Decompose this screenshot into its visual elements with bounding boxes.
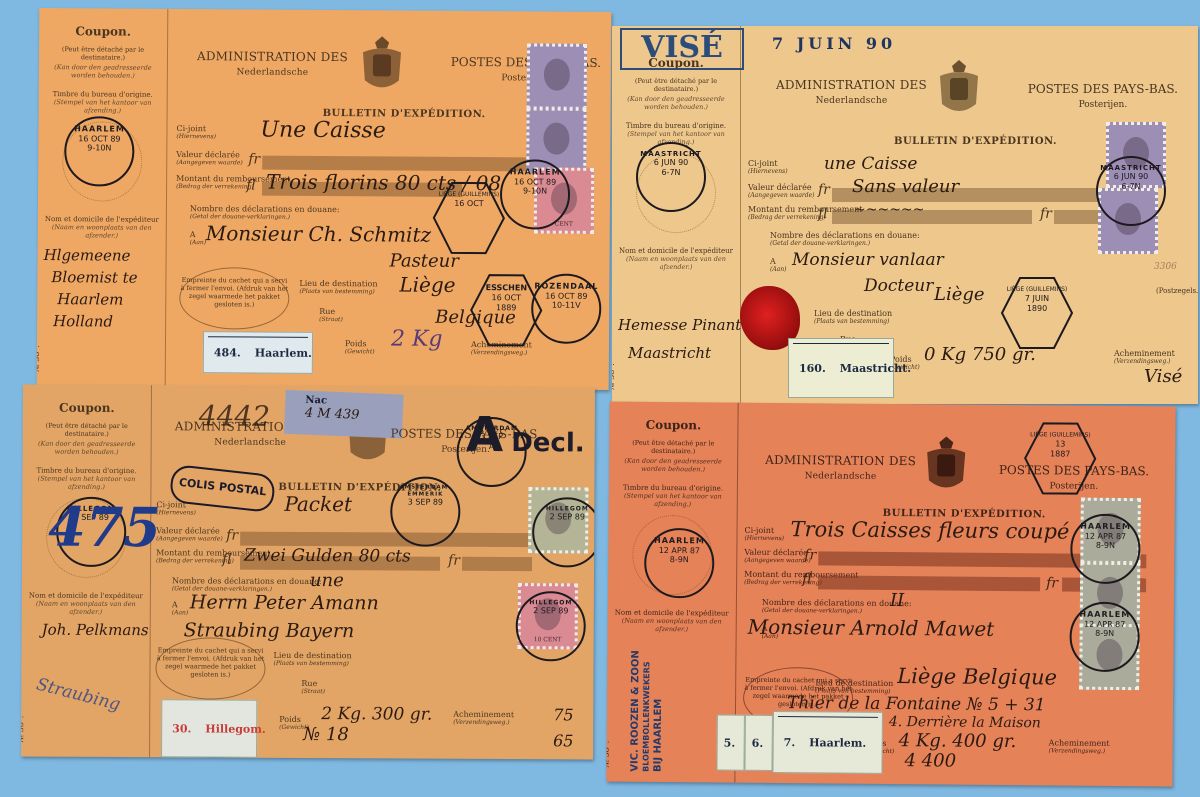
sender-line-1: Hlgemeene — [44, 246, 131, 265]
parcel-form-maastricht-160: Coupon. (Peut être détaché par le destin… — [612, 26, 1198, 404]
blue-number: 475 — [48, 495, 161, 560]
coupon-note-nl: (Kan door den geadresseerde worden behou… — [615, 457, 731, 474]
currency-fr: fr — [248, 151, 260, 167]
coupon-note: (Peut être détaché par le destinataire.) — [29, 422, 145, 439]
remboursement-value: ~~~~~~ — [854, 202, 924, 218]
sender-line-1: Joh. Pelkmans — [42, 621, 149, 640]
remboursement-value: Zwei Gulden 80 cts — [244, 546, 411, 567]
seal-area: Empreinte du cachet qui a servi à fermer… — [155, 637, 265, 700]
sender-line-2: Maastricht — [628, 344, 711, 362]
destination: Liège — [399, 273, 455, 297]
addressee: Monsieur Ch. Schmitz — [206, 221, 431, 247]
ci-joint-value: Trois Caisses fleurs coupé — [790, 517, 1069, 543]
postmark-haarlem: HAARLEM 16 OCT 89 9-10N — [64, 116, 134, 186]
form-number: № 38*. — [21, 716, 25, 743]
postmark-hillegom: HILLEGOM2 SEP 89 — [532, 497, 595, 567]
origin-stamp-label-nl: (Stempel van het kantoor van afzending.) — [45, 98, 161, 115]
parcel-label: 30.Hillegom. — [161, 699, 257, 758]
lieu-label: Lieu de destination(Plaats van bestemmin… — [814, 310, 892, 325]
sender-label-nl: (Naam en woonplaats van den afzender.) — [28, 600, 144, 617]
addressee: Herrn Peter Amann — [190, 591, 379, 614]
origin-stamp-label-nl: (Stempel van het kantoor van afzending.) — [28, 475, 144, 492]
coupon-title: Coupon. — [609, 418, 737, 434]
postmark-liege: LIÈGE (GUILLEMINS)7 JUIN1890 — [1000, 276, 1074, 350]
montant-bar-fr — [462, 557, 532, 571]
reference-number: № 18 — [303, 724, 349, 745]
valeur-label: Valeur déclarée(Aangegeven waarde) — [744, 549, 811, 565]
valeur-label: Valeur déclarée(Aangegeven waarde) — [176, 151, 243, 167]
postmark-hillegom: HILLEGOM2 SEP 89 — [516, 591, 586, 661]
postage-label: (Postzegels.) — [1156, 288, 1198, 296]
origin-stamp-label-nl: (Stempel van het kantoor van afzending.) — [615, 492, 731, 509]
valeur-label: Valeur déclarée(Aangegeven waarde) — [156, 527, 223, 543]
acheminement-label: Acheminement(Verzendingsweg.) — [1049, 739, 1110, 755]
weight-note: 2 Kg — [391, 326, 443, 351]
sender-label-nl: (Naam en woonplaats van den afzender.) — [614, 617, 730, 634]
ci-joint-label: Ci-joint(Hiernevens) — [748, 160, 788, 175]
header-left: ADMINISTRATION DESNederlandsche — [765, 453, 916, 482]
sender-line-4: Holland — [53, 312, 113, 330]
postmark-esschen: ESSCHEN16 OCT1889 — [469, 273, 544, 348]
rue-label: Rue(Straat) — [301, 680, 325, 696]
nombre-label: Nombre des déclarations en douane:(Getal… — [190, 205, 340, 221]
postmark-haarlem: HAARLEM12 APR 878-9N — [1070, 514, 1141, 585]
acheminement-label: Acheminement(Verzendingsweg.) — [453, 711, 514, 727]
coupon-note-nl: (Kan door den geadresseerde worden behou… — [29, 440, 145, 457]
postmark-haarlem: HAARLEM16 OCT 899-10N — [500, 159, 570, 229]
destination: Liège Belgique — [897, 664, 1057, 689]
parcel-label-7: 7.Haarlem. — [772, 711, 883, 774]
vise-stamp: VISÉ — [620, 28, 744, 70]
currency-fl: fl — [246, 177, 255, 193]
postmark-haarlem: HAARLEM12 APR 878-9N — [644, 528, 715, 599]
rue-label: Rue(Straat) — [319, 308, 343, 324]
addressee-line2: Docteur — [864, 276, 933, 296]
sender-label-nl: (Naam en woonplaats van den afzender.) — [618, 255, 734, 271]
header-left: ADMINISTRATION DESNederlandsche — [776, 78, 927, 106]
weight: 4 Kg. 400 gr. — [899, 730, 1017, 752]
lieu-label: Lieu de destination(Plaats van bestemmin… — [299, 280, 377, 296]
coupon-note-nl: (Kan door den geadresseerde worden behou… — [45, 63, 161, 80]
acheminement-label: Acheminement(Verzendingsweg.) — [1114, 350, 1175, 365]
royal-crest-icon — [934, 60, 984, 118]
parcel-form-haarlem-5-6-7: Coupon. (Peut être détaché par le destin… — [606, 402, 1175, 787]
ci-joint-value: Packet — [284, 492, 352, 516]
header-left: ADMINISTRATION DES Nederlandsche — [197, 49, 348, 78]
lieu-label: Lieu de destination(Plaats van bestemmin… — [274, 652, 352, 668]
seal-area: Empreinte du cachet qui a servi à fermer… — [179, 267, 289, 330]
coupon-title: Coupon. — [39, 24, 167, 40]
sender-label-nl: (Naam en woonplaats van den afzender.) — [44, 223, 160, 240]
currency-fr: fr — [226, 528, 238, 544]
form-number: № 38*. — [37, 345, 41, 372]
sender-label: Nom et domicile de l'expéditeur — [612, 247, 740, 256]
form-number: № 38*. — [612, 363, 616, 390]
montant-bar — [818, 575, 1040, 591]
valeur-value: Sans valeur — [852, 176, 959, 197]
acheminement-note: Visé — [1144, 366, 1182, 387]
poids-label: Poids(Gewicht) — [345, 340, 375, 356]
ci-joint-label: Ci-joint(Hiernevens) — [176, 125, 216, 141]
header-right: POSTES DES PAYS-BAS.Posterijen. — [1028, 82, 1178, 110]
origin-stamp-label: Timbre du bureau d'origine. — [612, 122, 740, 131]
form-title: BULLETIN D'EXPÉDITION. — [894, 136, 1057, 147]
royal-crest-icon — [357, 36, 407, 94]
nombre-label: Nombre des déclarations en douane:(Getal… — [770, 232, 920, 247]
addressee: Monsieur Arnold Mawet — [748, 615, 995, 641]
currency-fr: fr — [818, 182, 830, 198]
handwritten-number: 4442 — [199, 399, 270, 432]
postmark-maastricht: MAASTRICHT6 JUN 906-7N — [636, 142, 706, 212]
nombre-value: II — [890, 590, 904, 611]
currency-fl: fl — [802, 571, 811, 587]
postmark-liege: LIÈGE (GUILLEMINS)131887 — [1023, 421, 1098, 496]
firm-stamp: VIC. ROOZEN & ZOON BLOEMBOLLENKWEKERS BI… — [628, 650, 665, 772]
parcel-label-5: 5. — [716, 714, 744, 770]
currency-fr-2: fr — [1046, 575, 1058, 591]
weight: 2 Kg. 300 gr. — [321, 704, 432, 725]
a-label: A(Aan) — [770, 258, 786, 273]
currency-fl: fl — [818, 206, 827, 222]
addressee: Monsieur vanlaar — [792, 250, 944, 270]
royal-crest-icon — [921, 436, 972, 494]
parcel-form-haarlem-484: Coupon. (Peut être détaché par le destin… — [37, 8, 612, 390]
coupon-note: (Peut être détaché par le destinataire.) — [45, 45, 161, 62]
nombre-value: une — [310, 570, 344, 591]
currency-fr: fr — [804, 547, 816, 563]
parcel-label: 160.Maastricht. — [788, 338, 894, 398]
currency-fl: fl — [222, 552, 231, 568]
a-label: A(Aan) — [172, 601, 189, 616]
side-note: 3306 — [1154, 262, 1177, 272]
ci-joint-label: Ci-joint(Hiernevens) — [744, 527, 784, 543]
street-line2: 4. Derrière la Maison — [889, 714, 1041, 731]
postmark-amsterdam: AMSTERDAM3 SEPA — [456, 417, 526, 487]
coupon-note: (Peut être détaché par le destinataire.) — [615, 439, 731, 456]
postmark-maastricht: MAASTRICHT6 JUN 906-7N — [1096, 156, 1166, 226]
coupon-note: (Peut être détaché par le destinataire.) — [618, 77, 734, 93]
a-label: A(Aan) — [190, 231, 207, 247]
sender-line-1: Hemesse Pinant — [618, 316, 741, 334]
destination: Liège — [934, 284, 985, 305]
coupon-title: Coupon. — [23, 401, 151, 417]
ci-joint-value: Une Caisse — [260, 118, 385, 144]
ci-joint-value: une Caisse — [824, 154, 917, 174]
valeur-bar — [240, 532, 532, 548]
right-note-2: 65 — [553, 731, 573, 750]
coupon-note-nl: (Kan door den geadresseerde worden behou… — [618, 95, 734, 111]
weight-line2: 4 400 — [904, 750, 956, 771]
form-number: № 38*. — [606, 741, 610, 768]
sender-line-2: Bloemist te — [51, 268, 137, 287]
parcel-label-6: 6. — [744, 715, 772, 771]
sender-line-3: Haarlem — [57, 290, 123, 308]
cash-on-delivery-label: Nac 4 M 439 — [284, 390, 404, 439]
currency-fr-2: fr — [1040, 206, 1052, 222]
postmark-amsterdam-emmerik: AMSTERDAM-EMMERIK3 SEP 89 — [390, 476, 460, 546]
postmark-haarlem: HAARLEM12 APR 878-9N — [1069, 602, 1140, 673]
postmark-liege: LIÈGE (GUILLEMINS)16 OCT — [432, 181, 507, 256]
postage-stamp-violet — [527, 43, 587, 109]
parcel-label: 484.Haarlem. — [203, 331, 313, 374]
currency-fr-2: fr — [448, 553, 460, 569]
valeur-label: Valeur déclarée(Aangegeven waarde) — [748, 184, 815, 199]
parcel-form-hillegom-30: Coupon. (Peut être détaché par le destin… — [21, 385, 595, 760]
right-note-1: 75 — [553, 705, 573, 724]
